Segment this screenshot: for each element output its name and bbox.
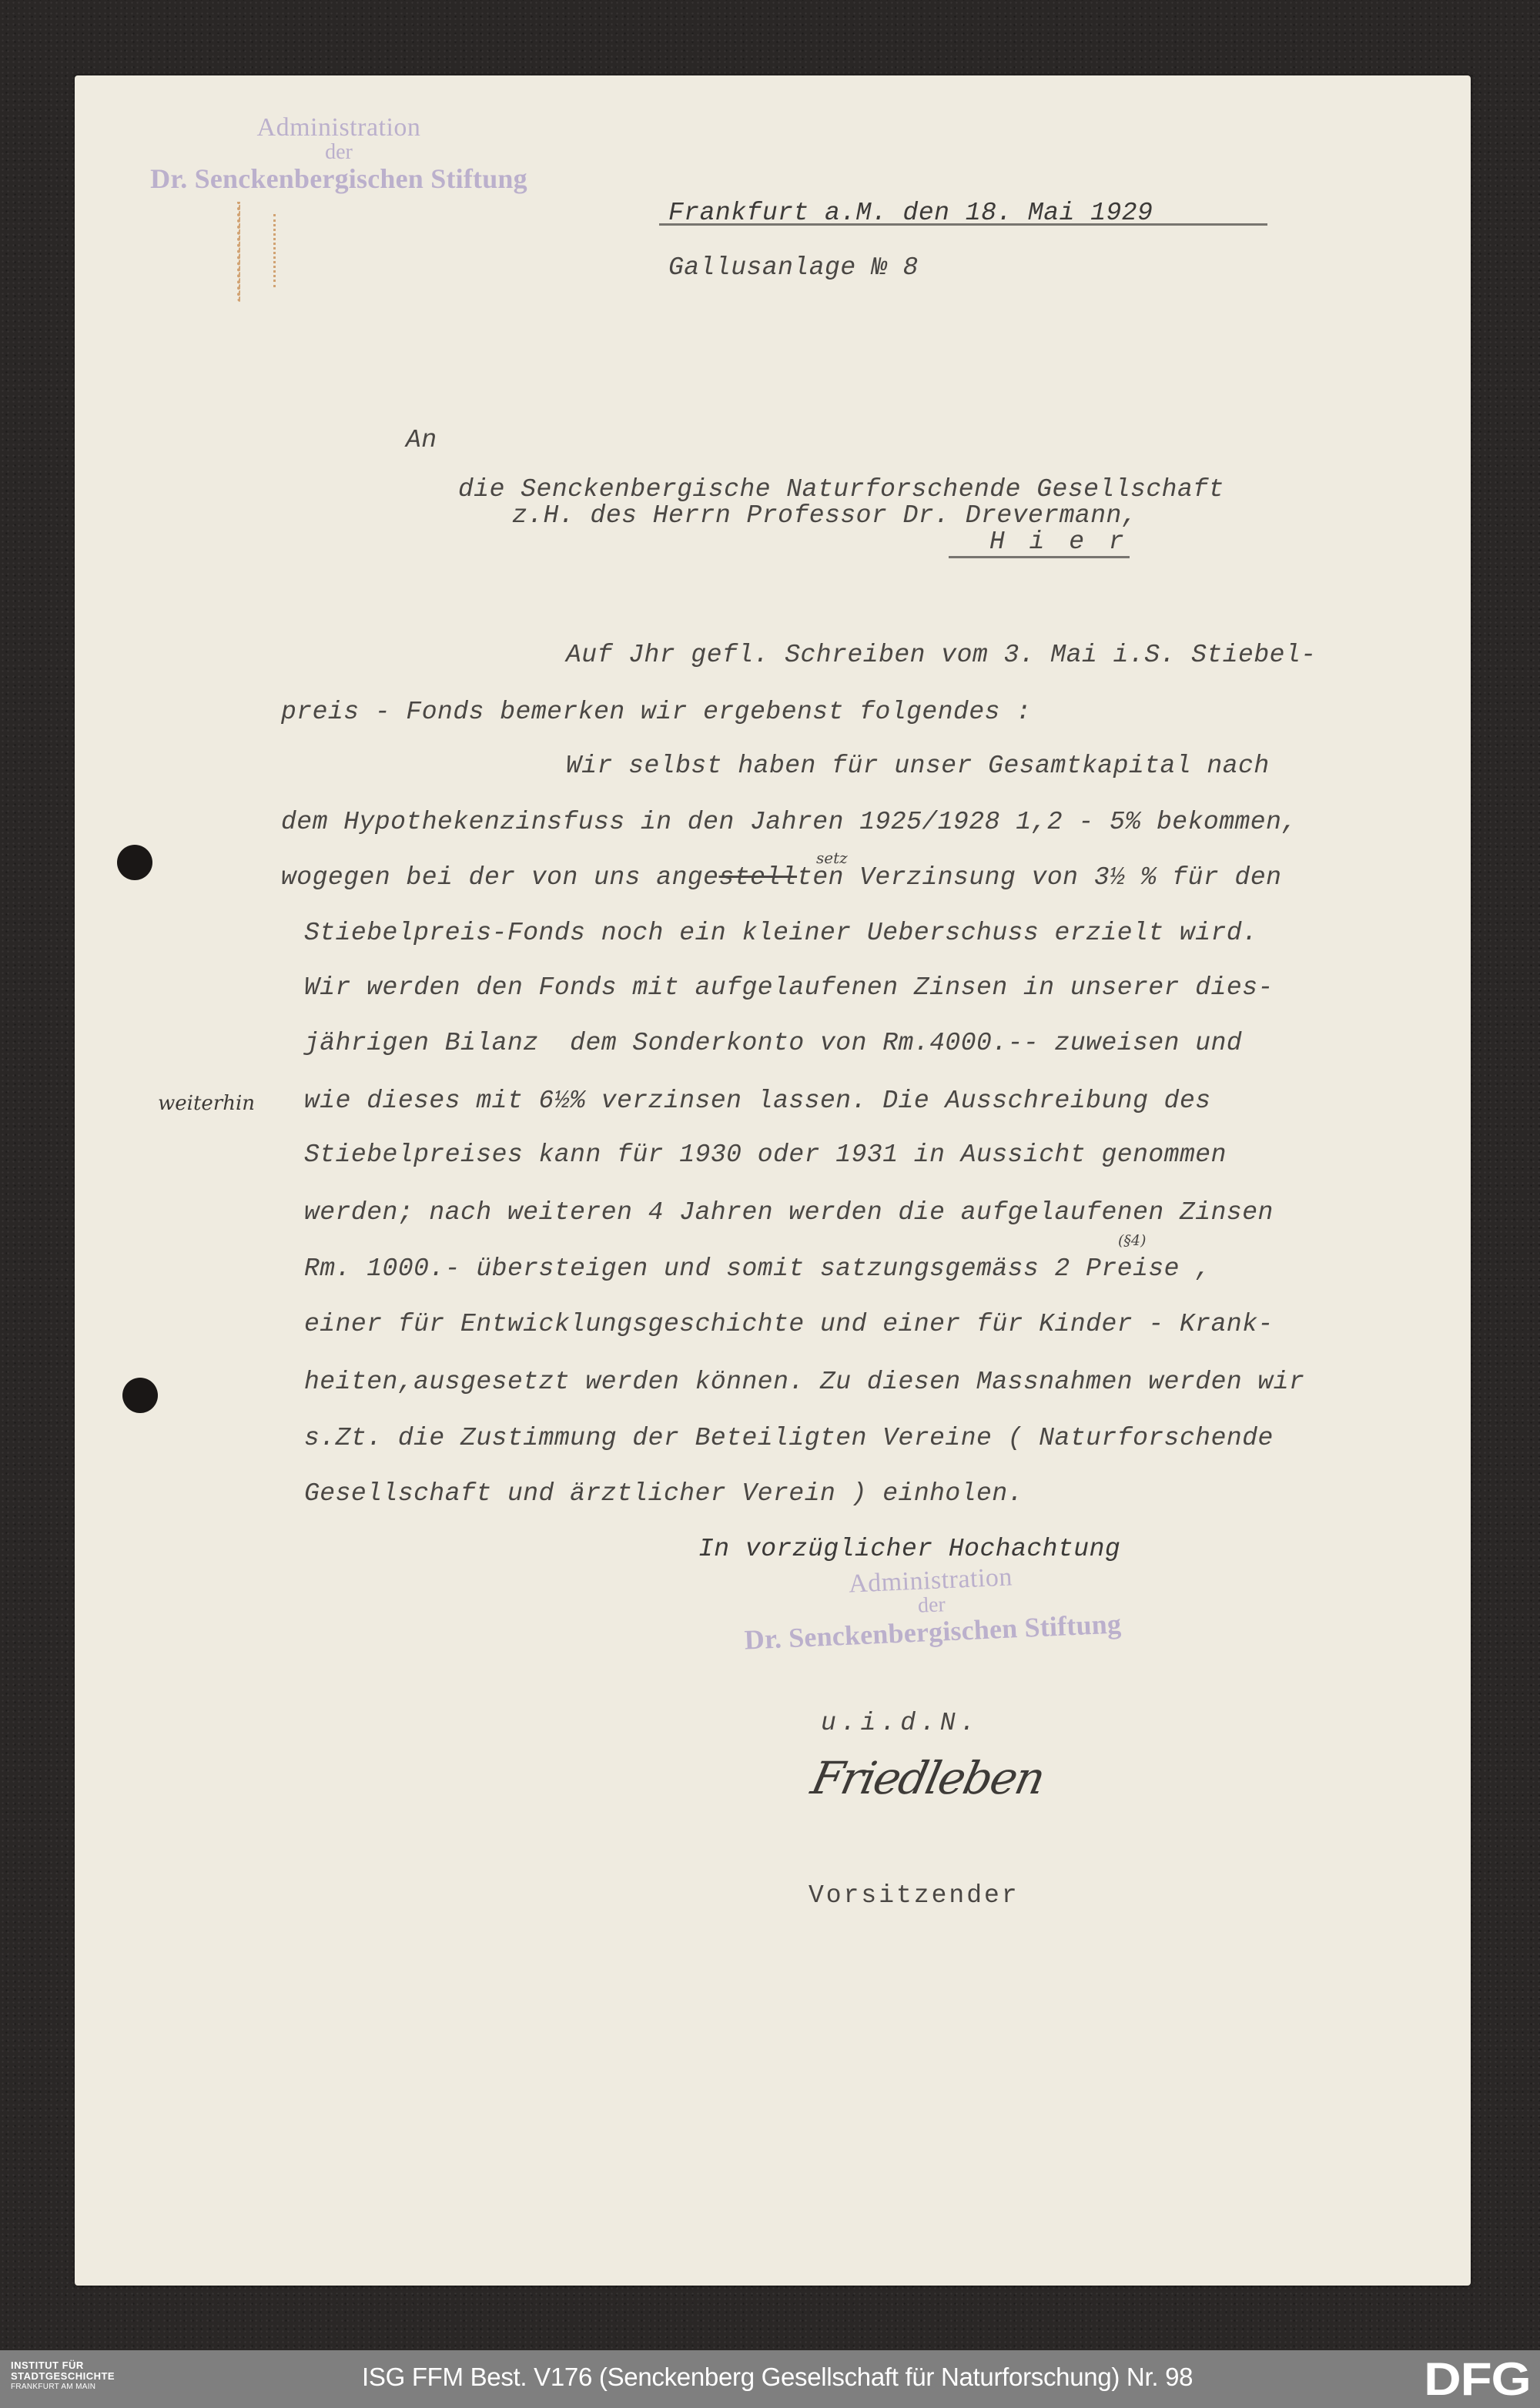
sender-address: Gallusanlage № 8 — [668, 253, 919, 283]
body-line-5-after: ten Verzinsung von 3½ % für den — [797, 863, 1281, 892]
closing-abbreviation: u.i.d.N. — [821, 1708, 979, 1739]
date-underline — [659, 223, 1267, 226]
body-line-5: wogegen bei der von uns angestellten Ver… — [281, 862, 1281, 893]
rust-stain — [273, 214, 276, 287]
stamp-line-3: Dr. Senckenbergischen Stiftung — [108, 163, 570, 194]
margin-annotation: weiterhin — [158, 1092, 255, 1115]
stamp-line-1: Administration — [108, 114, 570, 142]
institution-line-3: FRANKFURT AM MAIN — [11, 2382, 115, 2393]
body-line-8: jährigen Bilanz dem Sonderkonto von Rm.4… — [304, 1028, 1242, 1059]
body-line-3: Wir selbst haben für unser Gesamtkapital… — [566, 751, 1270, 782]
body-line-11: werden; nach weiteren 4 Jahren werden di… — [304, 1197, 1274, 1228]
archive-caption: ISG FFM Best. V176 (Senckenberg Gesellsc… — [362, 2361, 1193, 2393]
closing-greeting: In vorzüglicher Hochachtung — [698, 1534, 1120, 1565]
archive-footer-bar: INSTITUT FÜR STADTGESCHICHTE FRANKFURT A… — [0, 2350, 1540, 2408]
body-line-4: dem Hypothekenzinsfuss in den Jahren 192… — [281, 807, 1297, 838]
handwritten-insert: setz — [816, 849, 848, 867]
body-line-2: preis - Fonds bemerken wir ergebenst fol… — [281, 697, 1032, 728]
struck-text: stell — [719, 863, 798, 892]
body-line-6: Stiebelpreis-Fonds noch ein kleiner Uebe… — [304, 918, 1258, 949]
signature: Friedleben — [807, 1752, 1049, 1804]
body-line-12: Rm. 1000.- übersteigen und somit satzung… — [304, 1254, 1211, 1284]
body-line-13: einer für Entwicklungsgeschichte und ein… — [304, 1309, 1274, 1340]
body-line-15: s.Zt. die Zustimmung der Beteiligten Ver… — [304, 1423, 1274, 1454]
stamp-top: Administration der Dr. Senckenbergischen… — [108, 114, 570, 194]
recipient-prefix: An — [406, 425, 437, 456]
stamp-line-2: der — [108, 142, 570, 163]
institution-line-2: STADTGESCHICHTE — [11, 2371, 115, 2382]
hier-underline — [949, 556, 1130, 558]
letter-page — [75, 75, 1471, 2286]
body-line-5-before: wogegen bei der von uns ange — [281, 863, 719, 892]
signer-title: Vorsitzender — [808, 1881, 1019, 1911]
institution-line-1: INSTITUT FÜR — [11, 2360, 115, 2371]
paragraph-annotation: (§4) — [1118, 1232, 1146, 1249]
dfg-logo: DFG — [1424, 2357, 1531, 2402]
body-line-9: wie dieses mit 6½% verzinsen lassen. Die… — [304, 1086, 1211, 1117]
body-line-14: heiten,ausgesetzt werden können. Zu dies… — [304, 1367, 1304, 1398]
rust-stain — [237, 202, 240, 302]
body-line-1: Auf Jhr gefl. Schreiben vom 3. Mai i.S. … — [566, 640, 1317, 671]
institution-logo: INSTITUT FÜR STADTGESCHICHTE FRANKFURT A… — [11, 2360, 115, 2393]
recipient-line-3: H i e r — [989, 527, 1129, 558]
punch-hole-top — [117, 845, 152, 880]
body-line-7: Wir werden den Fonds mit aufgelaufenen Z… — [304, 973, 1274, 1003]
punch-hole-bottom — [122, 1378, 158, 1413]
body-line-16: Gesellschaft und ärztlicher Verein ) ein… — [304, 1479, 1023, 1509]
body-line-10: Stiebelpreises kann für 1930 oder 1931 i… — [304, 1140, 1227, 1171]
